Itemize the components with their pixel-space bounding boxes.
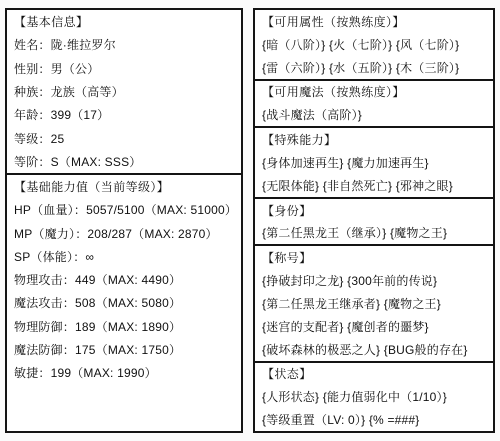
section-special-abilities: 【特殊能力】{身体加速再生} {魔力加速再生}{无限体能} {非自然死亡} {邪… bbox=[255, 126, 493, 197]
abilities-column: 【可用属性（按熟练度）】{暗（八阶）} {火（七阶）} {风（七阶）}{雷（六阶… bbox=[253, 8, 495, 433]
base-stats-row: 魔法攻击：508（MAX: 5080） bbox=[7, 291, 241, 314]
available-attributes-row: {雷（六阶）} {水（五阶）} {木（三阶）} bbox=[255, 56, 493, 79]
available-attributes-row: {暗（八阶）} {火（七阶）} {风（七阶）} bbox=[255, 33, 493, 56]
special-abilities-row: {身体加速再生} {魔力加速再生} bbox=[255, 151, 493, 174]
section-status: 【状态】{人形状态} {能力值弱化中（1/10）}{等级重置（LV: 0）} {… bbox=[255, 361, 493, 432]
identity-row: {第二任黑龙王（继承）} {魔物之王} bbox=[255, 222, 493, 245]
basic-info-title: 【基本信息】 bbox=[7, 10, 241, 33]
section-basic-info: 【基本信息】姓名：陇·维拉罗尔性别：男（公）种族：龙族（高等）年龄：399（17… bbox=[7, 10, 241, 173]
basic-info-row: 等级：25 bbox=[7, 126, 241, 149]
available-attributes-title: 【可用属性（按熟练度）】 bbox=[255, 10, 493, 33]
section-titles: 【称号】{挣破封印之龙} {300年前的传说}{第二任黑龙王继承者} {魔物之王… bbox=[255, 244, 493, 360]
titles-row: {迷宫的支配者} {魔创者的噩梦} bbox=[255, 315, 493, 338]
titles-row: {挣破封印之龙} {300年前的传说} bbox=[255, 269, 493, 292]
base-stats-row: 魔法防御：175（MAX: 1750） bbox=[7, 338, 241, 361]
base-stats-row: HP（血量）：5057/5100（MAX: 51000） bbox=[7, 198, 241, 221]
basic-info-row: 性别：男（公） bbox=[7, 57, 241, 80]
base-stats-title: 【基础能力值（当前等级）】 bbox=[7, 175, 241, 198]
available-magic-row: {战斗魔法（高阶）} bbox=[255, 103, 493, 126]
special-abilities-title: 【特殊能力】 bbox=[255, 128, 493, 151]
status-title: 【状态】 bbox=[255, 363, 493, 386]
status-row: {等级重置（LV: 0）} {% =###} bbox=[255, 408, 493, 431]
basic-info-column: 【基本信息】姓名：陇·维拉罗尔性别：男（公）种族：龙族（高等）年龄：399（17… bbox=[5, 8, 243, 433]
basic-info-row: 种族：龙族（高等） bbox=[7, 80, 241, 103]
basic-info-row: 年龄：399（17） bbox=[7, 103, 241, 126]
section-available-attributes: 【可用属性（按熟练度）】{暗（八阶）} {火（七阶）} {风（七阶）}{雷（六阶… bbox=[255, 10, 493, 79]
basic-info-row: 姓名：陇·维拉罗尔 bbox=[7, 33, 241, 56]
status-row: {人形状态} {能力值弱化中（1/10）} bbox=[255, 385, 493, 408]
titles-row: {破坏森林的极恶之人} {BUG般的存在} bbox=[255, 338, 493, 361]
base-stats-row: 物理防御：189（MAX: 1890） bbox=[7, 315, 241, 338]
special-abilities-row: {无限体能} {非自然死亡} {邪神之眼} bbox=[255, 174, 493, 197]
titles-title: 【称号】 bbox=[255, 246, 493, 269]
base-stats-row: MP（魔力）：208/287（MAX: 2870） bbox=[7, 222, 241, 245]
identity-title: 【身份】 bbox=[255, 199, 493, 222]
blank-spacer bbox=[7, 384, 241, 431]
section-available-magic: 【可用魔法（按熟练度）】{战斗魔法（高阶）} bbox=[255, 79, 493, 127]
base-stats-row: SP（体能）：∞ bbox=[7, 245, 241, 268]
section-base-stats: 【基础能力值（当前等级）】HP（血量）：5057/5100（MAX: 51000… bbox=[7, 173, 241, 431]
base-stats-row: 物理攻击：449（MAX: 4490） bbox=[7, 268, 241, 291]
titles-row: {第二任黑龙王继承者} {魔物之王} bbox=[255, 292, 493, 315]
available-magic-title: 【可用魔法（按熟练度）】 bbox=[255, 81, 493, 104]
section-identity: 【身份】{第二任黑龙王（继承）} {魔物之王} bbox=[255, 197, 493, 245]
character-status-window: 【基本信息】姓名：陇·维拉罗尔性别：男（公）种族：龙族（高等）年龄：399（17… bbox=[0, 0, 500, 441]
basic-info-row: 等阶：S（MAX: SSS） bbox=[7, 150, 241, 173]
base-stats-row: 敏捷：199（MAX: 1990） bbox=[7, 361, 241, 384]
